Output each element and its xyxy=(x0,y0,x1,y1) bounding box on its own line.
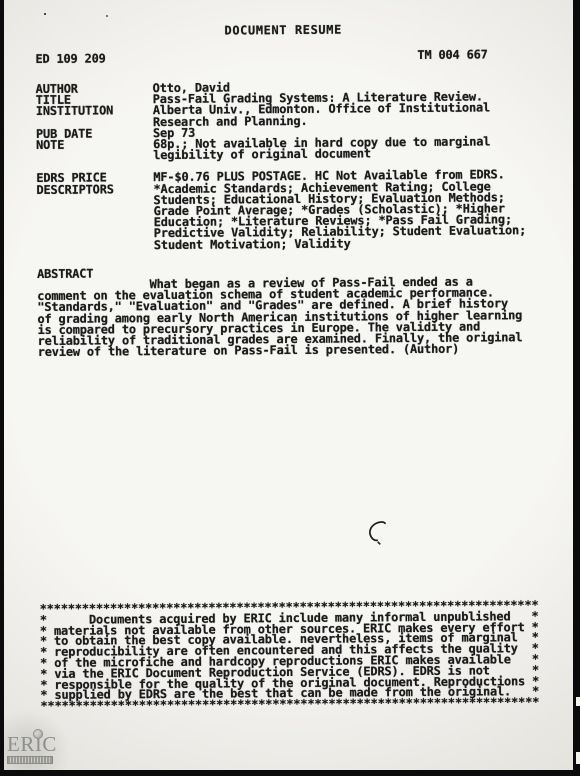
field-value: *Academic Standards; Achievement Rating;… xyxy=(153,181,526,251)
eric-globe-icon xyxy=(33,729,43,739)
field-row-descriptors: DESCRIPTORS *Academic Standards; Achieve… xyxy=(36,180,563,251)
scanned-document-page: DOCUMENT RESUME ED 109 209 TM 004 667 AU… xyxy=(0,0,580,776)
field-row-institution: INSTITUTION Alberta Univ., Edmonton. Off… xyxy=(36,102,562,129)
ed-number: ED 109 209 xyxy=(35,53,105,65)
scan-edge-notch xyxy=(576,697,580,706)
abstract-text: What began as a review of Pass-Fail ende… xyxy=(37,276,522,358)
pen-mark-c xyxy=(365,519,391,549)
scan-edge-right xyxy=(573,0,580,776)
bibliographic-fields: AUTHOR Otto, David TITLE Pass-Fail Gradi… xyxy=(36,80,563,252)
scan-edge-bottom xyxy=(0,770,580,776)
scan-edge-notch xyxy=(576,752,580,764)
field-row-note: NOTE 68p.; Not available in hard copy du… xyxy=(36,136,562,163)
clearinghouse-number: TM 004 667 xyxy=(417,49,487,61)
field-label: DESCRIPTORS xyxy=(36,184,153,196)
page-content: DOCUMENT RESUME ED 109 209 TM 004 667 AU… xyxy=(0,0,580,776)
field-value: 68p.; Not available in hard copy due to … xyxy=(153,136,490,161)
scan-edge-left xyxy=(0,0,4,776)
eric-logo-bar xyxy=(7,756,53,764)
reproduction-notice: ****************************************… xyxy=(40,600,540,712)
document-resume-title: DOCUMENT RESUME xyxy=(0,23,569,39)
field-value: Alberta Univ., Edmonton. Office of Insti… xyxy=(153,103,490,128)
field-label: INSTITUTION xyxy=(36,105,153,117)
eric-logo: ERIC xyxy=(7,733,63,764)
field-label: NOTE xyxy=(36,139,153,151)
